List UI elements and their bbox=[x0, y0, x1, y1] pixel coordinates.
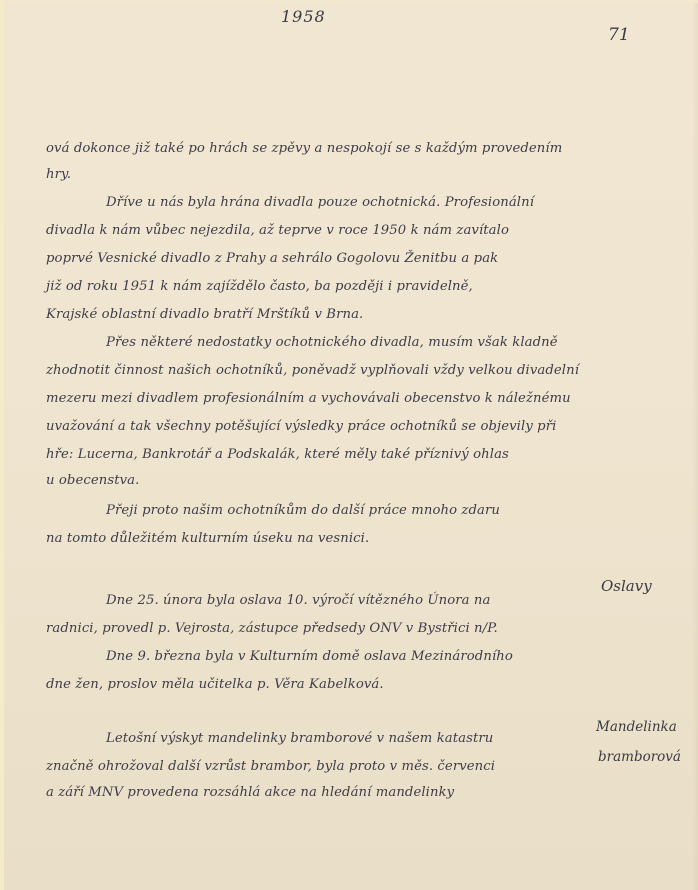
text-line: zhodnotit činnost našich ochotníků, poně… bbox=[46, 363, 579, 378]
margin-note-bramborova: bramborová bbox=[598, 749, 681, 765]
text-line: Letošní výskyt mandelinky bramborové v n… bbox=[106, 731, 493, 746]
text-line: Přes některé nedostatky ochotnického div… bbox=[106, 335, 558, 350]
text-line: divadla k nám vůbec nejezdila, až teprve… bbox=[46, 223, 509, 238]
text-line: Dne 9. března byla v Kulturním domě osla… bbox=[106, 649, 513, 664]
text-line: dne žen, proslov měla učitelka p. Věra K… bbox=[46, 677, 384, 692]
text-line: ová dokonce již také po hrách se zpěvy a… bbox=[46, 141, 562, 156]
page-year: 1958 bbox=[281, 7, 326, 26]
margin-note-oslavy: Oslavy bbox=[601, 577, 652, 595]
text-line: Dne 25. února byla oslava 10. výročí vít… bbox=[106, 593, 490, 608]
handwritten-chronicle-page: 1958 71 ová dokonce již také po hrách se… bbox=[0, 0, 698, 890]
margin-note-mandelinka: Mandelinka bbox=[596, 719, 677, 735]
text-line: poprvé Vesnické divadlo z Prahy a sehrál… bbox=[46, 251, 498, 266]
page-number: 71 bbox=[608, 25, 630, 45]
text-line: Krajské oblastní divadlo bratří Mrštíků … bbox=[46, 307, 363, 322]
text-line: hry. bbox=[46, 167, 71, 182]
text-line: a září MNV provedena rozsáhlá akce na hl… bbox=[46, 785, 454, 800]
text-line: hře: Lucerna, Bankrotář a Podskalák, kte… bbox=[46, 447, 509, 462]
text-line: mezeru mezi divadlem profesionálním a vy… bbox=[46, 391, 571, 406]
text-line: u obecenstva. bbox=[46, 473, 139, 488]
text-line: značně ohrožoval další vzrůst brambor, b… bbox=[46, 759, 495, 774]
text-line: na tomto důležitém kulturním úseku na ve… bbox=[46, 531, 369, 546]
text-line: již od roku 1951 k nám zajíždělo často, … bbox=[46, 279, 473, 294]
text-line: radnici, provedl p. Vejrosta, zástupce p… bbox=[46, 621, 498, 636]
text-line: uvažování a tak všechny potěšující výsle… bbox=[46, 419, 556, 434]
text-line: Dříve u nás byla hrána divadla pouze och… bbox=[106, 195, 534, 210]
text-line: Přeji proto našim ochotníkům do další pr… bbox=[106, 503, 500, 518]
